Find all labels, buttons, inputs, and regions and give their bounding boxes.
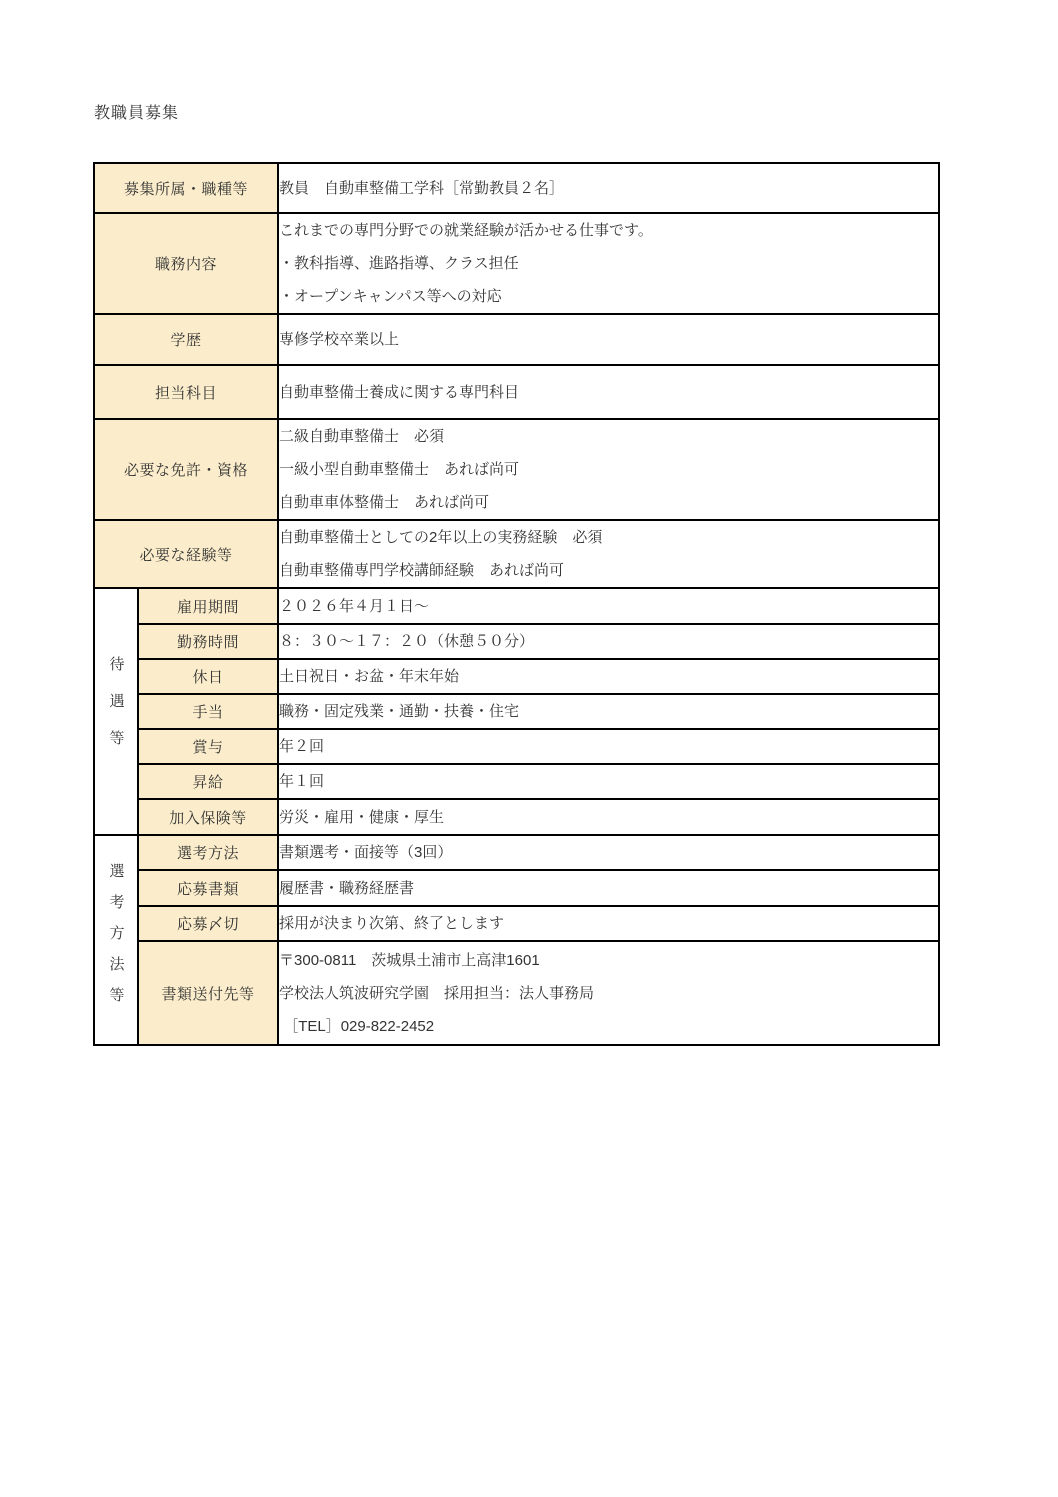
value-line: これまでの専門分野での就業経験が活かせる仕事です。 [279, 214, 938, 247]
row-value: 年１回 [278, 764, 939, 799]
value-line: 専修学校卒業以上 [279, 323, 938, 356]
row-label: 必要な免許・資格 [94, 419, 278, 520]
group-label-benefits: 待遇等 [94, 588, 138, 835]
row-recruitment-category: 募集所属・職種等 教員 自動車整備工学科［常勤教員２名］ [94, 163, 939, 213]
row-label: 休日 [138, 659, 278, 694]
value-line: 書類選考・面接等（3回） [279, 836, 938, 869]
row-value: 履歴書・職務経歴書 [278, 870, 939, 906]
row-holidays: 休日 土日祝日・お盆・年末年始 [94, 659, 939, 694]
value-line: 自動車整備専門学校講師経験 あれば尚可 [279, 554, 938, 587]
row-value: 採用が決まり次第、終了とします [278, 906, 939, 941]
row-label: 加入保険等 [138, 799, 278, 835]
value-line: ８：３０～１７：２０（休憩５０分） [279, 625, 938, 658]
row-value: 書類選考・面接等（3回） [278, 835, 939, 870]
row-label: 書類送付先等 [138, 941, 278, 1045]
row-label: 必要な経験等 [94, 520, 278, 588]
row-label: 雇用期間 [138, 588, 278, 624]
row-value: 〒300-0811 茨城県土浦市上高津1601 学校法人筑波研究学園 採用担当：… [278, 941, 939, 1045]
value-line: ２０２６年４月１日～ [279, 590, 938, 623]
row-value: 教員 自動車整備工学科［常勤教員２名］ [278, 163, 939, 213]
value-line: 労災・雇用・健康・厚生 [279, 801, 938, 834]
row-label: 勤務時間 [138, 624, 278, 659]
value-line: 年２回 [279, 730, 938, 763]
value-line: 自動車整備士養成に関する専門科目 [279, 376, 938, 409]
row-value: ２０２６年４月１日～ [278, 588, 939, 624]
row-subjects: 担当科目 自動車整備士養成に関する専門科目 [94, 365, 939, 419]
value-line: 学校法人筑波研究学園 採用担当：法人事務局 [279, 977, 938, 1010]
row-licenses: 必要な免許・資格 二級自動車整備士 必須 一級小型自動車整備士 あれば尚可 自動… [94, 419, 939, 520]
row-value: 職務・固定残業・通勤・扶養・住宅 [278, 694, 939, 729]
row-experience: 必要な経験等 自動車整備士としての2年以上の実務経験 必須 自動車整備専門学校講… [94, 520, 939, 588]
row-value: これまでの専門分野での就業経験が活かせる仕事です。 ・教科指導、進路指導、クラス… [278, 213, 939, 314]
recruitment-table: 募集所属・職種等 教員 自動車整備工学科［常勤教員２名］ 職務内容 これまでの専… [93, 162, 940, 1046]
row-salary-raise: 昇給 年１回 [94, 764, 939, 799]
group-label-selection: 選考方法等 [94, 835, 138, 1045]
value-line: 職務・固定残業・通勤・扶養・住宅 [279, 695, 938, 728]
row-label: 賞与 [138, 729, 278, 764]
row-value: 労災・雇用・健康・厚生 [278, 799, 939, 835]
row-value: 専修学校卒業以上 [278, 314, 939, 365]
row-bonus: 賞与 年２回 [94, 729, 939, 764]
value-line: 採用が決まり次第、終了とします [279, 907, 938, 940]
row-value: 年２回 [278, 729, 939, 764]
row-insurance: 加入保険等 労災・雇用・健康・厚生 [94, 799, 939, 835]
row-value: 自動車整備士としての2年以上の実務経験 必須 自動車整備専門学校講師経験 あれば… [278, 520, 939, 588]
row-label: 学歴 [94, 314, 278, 365]
value-line: 履歴書・職務経歴書 [279, 872, 938, 905]
value-line: ［TEL］029-822-2452 [279, 1010, 938, 1043]
value-line: ・オープンキャンパス等への対応 [279, 280, 938, 313]
row-selection-method: 選考方法等 選考方法 書類選考・面接等（3回） [94, 835, 939, 870]
row-label: 応募〆切 [138, 906, 278, 941]
row-label: 手当 [138, 694, 278, 729]
row-job-description: 職務内容 これまでの専門分野での就業経験が活かせる仕事です。 ・教科指導、進路指… [94, 213, 939, 314]
row-label: 担当科目 [94, 365, 278, 419]
row-education: 学歴 専修学校卒業以上 [94, 314, 939, 365]
value-line: 自動車整備士としての2年以上の実務経験 必須 [279, 521, 938, 554]
row-allowances: 手当 職務・固定残業・通勤・扶養・住宅 [94, 694, 939, 729]
row-document-destination: 書類送付先等 〒300-0811 茨城県土浦市上高津1601 学校法人筑波研究学… [94, 941, 939, 1045]
row-value: 二級自動車整備士 必須 一級小型自動車整備士 あれば尚可 自動車車体整備士 あれ… [278, 419, 939, 520]
row-label: 募集所属・職種等 [94, 163, 278, 213]
row-label: 職務内容 [94, 213, 278, 314]
document-page: 教職員募集 募集所属・職種等 教員 自動車整備工学科［常勤教員２名］ 職務内容 … [0, 0, 1058, 1497]
row-employment-period: 待遇等 雇用期間 ２０２６年４月１日～ [94, 588, 939, 624]
row-application-documents: 応募書類 履歴書・職務経歴書 [94, 870, 939, 906]
row-value: 自動車整備士養成に関する専門科目 [278, 365, 939, 419]
page-title: 教職員募集 [94, 100, 179, 123]
value-line: 一級小型自動車整備士 あれば尚可 [279, 453, 938, 486]
row-label: 昇給 [138, 764, 278, 799]
row-label: 選考方法 [138, 835, 278, 870]
value-line: 〒300-0811 茨城県土浦市上高津1601 [279, 944, 938, 977]
row-value: ８：３０～１７：２０（休憩５０分） [278, 624, 939, 659]
row-working-hours: 勤務時間 ８：３０～１７：２０（休憩５０分） [94, 624, 939, 659]
value-line: 年１回 [279, 765, 938, 798]
row-label: 応募書類 [138, 870, 278, 906]
value-line: 土日祝日・お盆・年末年始 [279, 660, 938, 693]
value-line: 二級自動車整備士 必須 [279, 420, 938, 453]
value-line: 教員 自動車整備工学科［常勤教員２名］ [279, 172, 938, 205]
row-application-deadline: 応募〆切 採用が決まり次第、終了とします [94, 906, 939, 941]
value-line: ・教科指導、進路指導、クラス担任 [279, 247, 938, 280]
row-value: 土日祝日・お盆・年末年始 [278, 659, 939, 694]
value-line: 自動車車体整備士 あれば尚可 [279, 486, 938, 519]
